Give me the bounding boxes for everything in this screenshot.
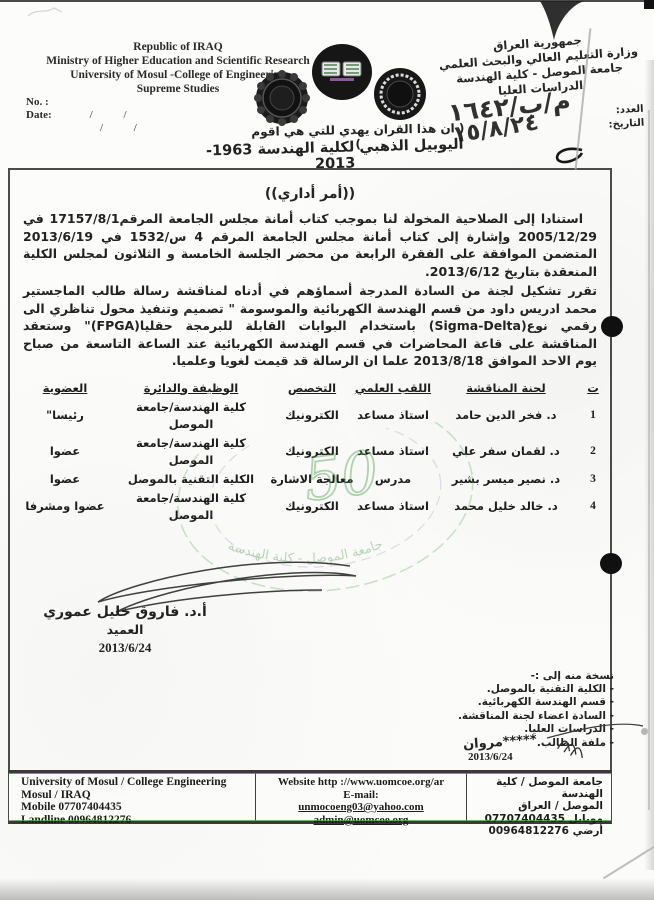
letterhead-seals (254, 42, 436, 126)
date-slashes-2: / / (100, 122, 151, 135)
member-index: 4 (580, 489, 606, 525)
date-label: Date: (26, 109, 52, 121)
member-affiliation: كلية الهندسة/جامعة الموصل (112, 398, 270, 434)
footer-line: Mobile 07707404435 (21, 801, 255, 814)
dean-title: العميد (30, 622, 220, 637)
date-slashes: / / (90, 109, 141, 122)
punch-hole-dot-1 (601, 316, 623, 337)
col-header-role: العضوية (18, 380, 112, 398)
footer-contact-bar: University of Mosul / College Engineerin… (8, 770, 612, 824)
committee-header-row: ت لجنة المناقشة اللقب العلمي التخصص الوظ… (18, 380, 606, 398)
order-paragraph-2: تقرر تشكيل لجنة من السادة المدرجة أسماؤه… (23, 282, 597, 370)
scan-speck (641, 728, 648, 735)
copies-item: - الكلية التقنية بالموصل. (430, 683, 614, 696)
gear-seal-icon (254, 70, 310, 126)
col-header-index: ت (580, 380, 606, 398)
footer-line: الموصل / العراق (467, 800, 603, 812)
footer-line: أرضي 00964812276 (467, 825, 603, 837)
signature-block: أ.د. فاروق خليل عموري العميد 2013/6/24 (30, 604, 220, 656)
handwritten-name: *****مروان (463, 733, 538, 751)
col-header-specialty: التخصص (270, 380, 354, 398)
footer-email-1: unmocoeng03@yahoo.com (256, 801, 466, 814)
footer-line: Landline 00964812276 (21, 814, 255, 827)
copies-intro: نسخة منه إلى :- (430, 670, 614, 683)
scan-bottom-shadow (0, 878, 654, 900)
col-header-affiliation: الوظيفة والدائرة (112, 380, 270, 398)
order-title: ((أمر أداري)) (10, 186, 610, 202)
scan-corner-mark (644, 0, 654, 9)
copies-date: 2013/6/24 (468, 751, 614, 764)
pencil-mark-artifact (26, 2, 66, 22)
scanned-document-page: Republic of IRAQ Ministry of Higher Educ… (0, 0, 654, 900)
member-role: عضوا (18, 470, 112, 489)
footer-line: Mosul / IRAQ (21, 789, 255, 802)
handwritten-loops-mark (556, 730, 592, 758)
table-row: 1 د. فخر الدين حامد استاذ مساعد الكتروني… (18, 398, 606, 434)
footer-web-block: Website http ://www.uomcoe.org/ar E-mail… (255, 773, 467, 821)
order-paragraph-1: استنادا إلى الصلاحية المخولة لنا بموجب ك… (23, 210, 597, 280)
page-curl-artifact (538, 0, 586, 42)
member-index: 1 (580, 398, 606, 434)
member-role: عضوا ومشرفا (18, 489, 112, 525)
page-edge-line (648, 110, 650, 810)
no-label: No. : (26, 96, 151, 109)
col-header-name: لجنة المناقشة (432, 380, 580, 398)
round-seal-icon (372, 66, 428, 122)
dean-name: أ.د. فاروق خليل عموري (30, 604, 220, 620)
member-role: رئيسا" (18, 398, 112, 434)
footer-english-block: University of Mosul / College Engineerin… (9, 773, 255, 821)
footer-email-label: E-mail: (256, 789, 466, 802)
date-label-ar: التاريخ: (592, 117, 645, 134)
footer-line: جامعة الموصل / كلية الهندسة (467, 776, 603, 800)
ref-number-date-arabic: العدد: التاريخ: (591, 103, 644, 134)
footer-arabic-block: جامعة الموصل / كلية الهندسة الموصل / الع… (467, 773, 611, 821)
copies-item: - قسم الهندسة الكهربائية. (430, 696, 614, 709)
ref-number-date-english: No. : Date:/ / / / (26, 96, 151, 135)
stamp-number-50: 50 (300, 438, 382, 514)
handwritten-scribble-mark (552, 144, 586, 168)
member-index: 3 (580, 470, 606, 489)
footer-line: موبايل 07707404435 (467, 813, 603, 825)
footer-website: Website http ://www.uomcoe.org/ar (256, 776, 466, 789)
book-emblem-icon (310, 42, 374, 102)
member-index: 2 (580, 434, 606, 470)
member-role: عضوا (18, 434, 112, 470)
footer-email-2: admin@uomcoe.org (256, 814, 466, 827)
footer-line: University of Mosul / College Engineerin… (21, 776, 255, 789)
member-specialty: الكترونيك (270, 398, 354, 434)
col-header-title: اللقب العلمي (354, 380, 432, 398)
signature-date: 2013/6/24 (30, 640, 220, 656)
punch-hole-dot-2 (600, 553, 622, 574)
